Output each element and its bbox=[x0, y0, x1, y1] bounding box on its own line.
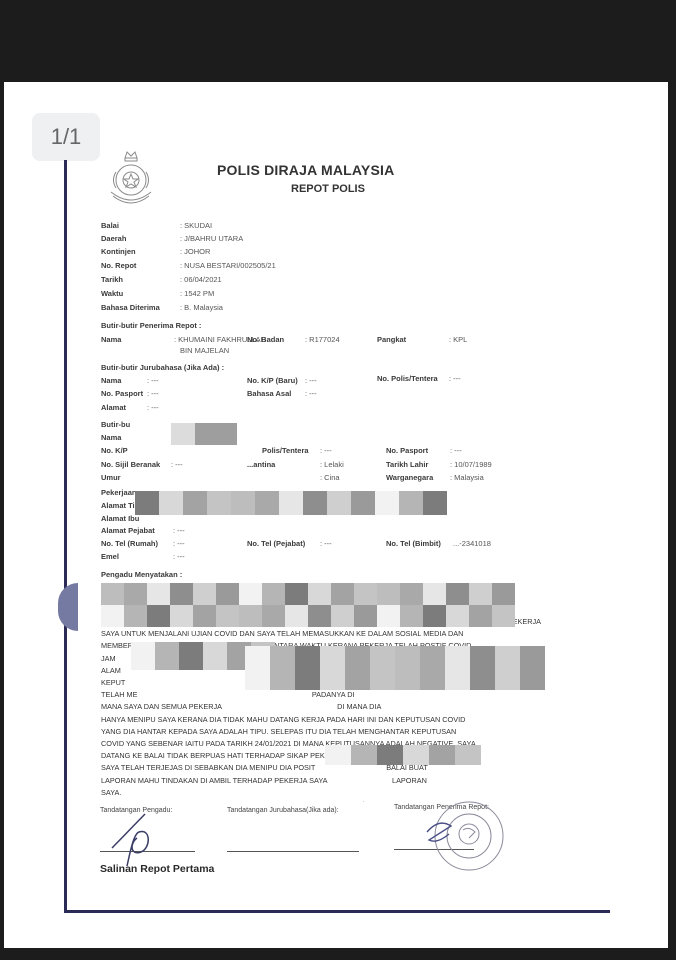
redaction-pixel bbox=[377, 583, 400, 605]
field-value: : J/BAHRU UTARA bbox=[180, 234, 243, 243]
interpreter-passport-value: : --- bbox=[147, 389, 159, 398]
redaction-pixel bbox=[445, 668, 470, 690]
redaction-pixel bbox=[170, 583, 193, 605]
redaction-pixel bbox=[285, 605, 308, 627]
redaction-pixel bbox=[400, 605, 423, 627]
redaction-pixel bbox=[370, 646, 395, 668]
field-label: Kontinjen bbox=[101, 247, 136, 256]
redaction-pixel bbox=[429, 745, 455, 765]
field-label: Balai bbox=[101, 221, 119, 230]
redaction-pixel bbox=[400, 583, 423, 605]
field-label: Tarikh bbox=[101, 275, 123, 284]
complainant-dob-value: : 10/07/1989 bbox=[450, 460, 492, 469]
redaction-pixel bbox=[492, 583, 515, 605]
complainant-passport-value: : --- bbox=[450, 446, 462, 455]
redaction-pixel bbox=[147, 605, 170, 627]
interpreter-police-label: No. Polis/Tentera bbox=[377, 374, 438, 383]
complainant-nationality-label: Warganegara bbox=[386, 473, 433, 482]
document-subtitle: REPOT POLIS bbox=[291, 183, 365, 195]
redaction-pixel bbox=[124, 605, 147, 627]
signature-label-interpreter: Tandatangan Jurubahasa(Jika ada): bbox=[227, 807, 339, 814]
section-heading-receiver: Butir-butir Penerima Repot : bbox=[101, 321, 201, 330]
redaction-pixel bbox=[354, 583, 377, 605]
redaction-pixel bbox=[495, 646, 520, 668]
complainant-birthcert-label: No. Sijil Beranak bbox=[101, 460, 160, 469]
redaction-pixel bbox=[520, 646, 545, 668]
scan-border-bottom bbox=[64, 910, 610, 913]
field-label: Waktu bbox=[101, 289, 123, 298]
top-bar bbox=[0, 0, 676, 82]
redaction-pixel bbox=[308, 605, 331, 627]
redaction-pixel bbox=[423, 605, 446, 627]
complainant-signature-icon bbox=[107, 808, 167, 868]
redaction-pixel bbox=[216, 583, 239, 605]
redaction-pixel bbox=[423, 491, 447, 515]
redaction-pixel bbox=[285, 583, 308, 605]
field-value: : JOHOR bbox=[180, 247, 210, 256]
redaction-pixel bbox=[351, 491, 375, 515]
police-report-document: POLIS DIRAJA MALAYSIA REPOT POLIS Balai … bbox=[67, 130, 612, 910]
receiver-rank-label: Pangkat bbox=[377, 335, 406, 344]
redaction-pixel bbox=[262, 605, 285, 627]
field-value: : 06/04/2021 bbox=[180, 275, 222, 284]
redaction-pixel bbox=[295, 646, 320, 668]
redaction-pixel bbox=[375, 491, 399, 515]
redaction-pixel bbox=[270, 646, 295, 668]
redaction-pixel bbox=[303, 491, 327, 515]
redaction-pixel bbox=[193, 605, 216, 627]
complainant-mobile-tel-value: ...-2341018 bbox=[453, 539, 491, 548]
redaction-pixel bbox=[327, 491, 351, 515]
police-stamp-icon bbox=[419, 798, 509, 874]
redaction-pixel bbox=[101, 605, 124, 627]
complainant-mobile-tel-label: No. Tel (Bimbit) bbox=[386, 539, 441, 548]
complainant-home-tel-value: : --- bbox=[173, 539, 185, 548]
redaction-pixel bbox=[193, 583, 216, 605]
interpreter-police-value: : --- bbox=[449, 374, 461, 383]
redaction-pixel bbox=[216, 605, 239, 627]
redaction-pixel bbox=[262, 583, 285, 605]
redaction-pixel bbox=[495, 668, 520, 690]
receiver-name-value-line2: BIN MAJELAN bbox=[180, 346, 229, 355]
redaction-pixel bbox=[308, 583, 331, 605]
footer-copy-label: Salinan Repot Pertama bbox=[100, 863, 214, 875]
redaction-pixel bbox=[420, 668, 445, 690]
field-label: No. Repot bbox=[101, 261, 136, 270]
field-value: : NUSA BESTARI/002505/21 bbox=[180, 261, 276, 270]
bottom-bar bbox=[0, 948, 676, 960]
complainant-age-label: Umur bbox=[101, 473, 121, 482]
complainant-name-label: Nama bbox=[101, 433, 121, 442]
interpreter-address-label: Alamat bbox=[101, 403, 126, 412]
redaction-pixel bbox=[377, 745, 403, 765]
redaction-pixel bbox=[203, 642, 227, 670]
redaction-pixel bbox=[147, 583, 170, 605]
redaction-pixel bbox=[101, 583, 124, 605]
redaction-pixel bbox=[492, 605, 515, 627]
statement-line: LAPORAN MAHU TINDAKAN DI AMBIL TERHADAP … bbox=[101, 775, 541, 787]
section-heading-complainant: Butir-bu bbox=[101, 420, 130, 429]
redaction-pixel bbox=[239, 583, 262, 605]
interpreter-ic-label: No. K/P (Baru) bbox=[247, 376, 298, 385]
statement-heading: Pengadu Menyatakan : bbox=[101, 570, 182, 579]
field-value: : 1542 PM bbox=[180, 289, 214, 298]
complainant-home-address-label: Alamat Tin bbox=[101, 501, 139, 510]
complainant-office-tel-value: : --- bbox=[320, 539, 332, 548]
document-title: POLIS DIRAJA MALAYSIA bbox=[217, 162, 394, 178]
statement-line: SAYA UNTUK MENJALANI UJIAN COVID DAN SAY… bbox=[101, 628, 541, 640]
complainant-home-tel-label: No. Tel (Rumah) bbox=[101, 539, 158, 548]
redaction-pixel bbox=[470, 668, 495, 690]
field-label: Daerah bbox=[101, 234, 126, 243]
redaction-pixel bbox=[520, 668, 545, 690]
interpreter-language-label: Bahasa Asal bbox=[247, 389, 291, 398]
complainant-parent-address-label: Alamat Ibu bbox=[101, 514, 139, 523]
complainant-police-value: : --- bbox=[320, 446, 332, 455]
statement-line: MANA SAYA DAN SEMUA PEKERJA DI MANA DIA bbox=[101, 701, 541, 713]
receiver-badge-value: : R177024 bbox=[305, 335, 340, 344]
receiver-name-label: Nama bbox=[101, 335, 121, 344]
viewer-edge bbox=[668, 82, 672, 948]
redaction-pixel bbox=[354, 605, 377, 627]
redaction-pixel bbox=[331, 605, 354, 627]
redaction-pixel bbox=[245, 646, 270, 668]
redaction-pixel bbox=[183, 491, 207, 515]
redaction-block bbox=[171, 423, 195, 445]
interpreter-ic-value: : --- bbox=[305, 376, 317, 385]
redaction-pixel bbox=[231, 491, 255, 515]
redaction-pixel bbox=[207, 491, 231, 515]
complainant-passport-label: No. Pasport bbox=[386, 446, 428, 455]
statement-line: TELAH ME PADANYA DI bbox=[101, 689, 541, 701]
redaction-pixel bbox=[320, 668, 345, 690]
redaction-pixel bbox=[295, 668, 320, 690]
receiver-badge-label: No. Badan bbox=[247, 335, 284, 344]
redaction-pixel bbox=[135, 491, 159, 515]
complainant-email-value: : --- bbox=[173, 552, 185, 561]
redaction-pixel bbox=[377, 605, 400, 627]
complainant-police-label: Polis/Tentera bbox=[262, 446, 309, 455]
complainant-gender-value: : Lelaki bbox=[320, 460, 344, 469]
redaction-pixel bbox=[395, 646, 420, 668]
redaction-pixel bbox=[279, 491, 303, 515]
redaction-pixel bbox=[131, 642, 155, 670]
redaction-pixel bbox=[179, 642, 203, 670]
redaction-pixel bbox=[170, 605, 193, 627]
redaction-pixel bbox=[331, 583, 354, 605]
redaction-pixel bbox=[351, 745, 377, 765]
interpreter-language-value: : --- bbox=[305, 389, 317, 398]
complainant-dob-label: Tarikh Lahir bbox=[386, 460, 428, 469]
interpreter-name-label: Nama bbox=[101, 376, 121, 385]
statement-line: YANG DIA HANTAR KEPADA SAYA ADALAH TIPU.… bbox=[101, 726, 541, 738]
redaction-pixel bbox=[320, 646, 345, 668]
complainant-race-value: : Cina bbox=[320, 473, 340, 482]
complainant-ic-label: No. K/P bbox=[101, 446, 128, 455]
complainant-occupation-label: Pekerjaan bbox=[101, 488, 136, 497]
redaction-pixel bbox=[155, 642, 179, 670]
redaction-pixel bbox=[445, 646, 470, 668]
complainant-email-label: Emel bbox=[101, 552, 119, 561]
complainant-office-address-value: : --- bbox=[173, 526, 185, 535]
statement-line: HANYA MENIPU SAYA KERANA DIA TIDAK MAHU … bbox=[101, 714, 541, 726]
redaction-pixel bbox=[270, 668, 295, 690]
complainant-office-address-label: Alamat Pejabat bbox=[101, 526, 155, 535]
redaction-pixel bbox=[403, 745, 429, 765]
complainant-gender-label: ...antina bbox=[247, 460, 275, 469]
redaction-pixel bbox=[469, 605, 492, 627]
redaction-pixel bbox=[469, 583, 492, 605]
field-value: : SKUDAI bbox=[180, 221, 212, 230]
receiver-rank-value: : KPL bbox=[449, 335, 467, 344]
redaction-pixel bbox=[245, 668, 270, 690]
redaction-pixel bbox=[446, 605, 469, 627]
signature-line bbox=[227, 851, 359, 852]
redaction-pixel bbox=[255, 491, 279, 515]
redaction-pixel bbox=[124, 583, 147, 605]
redaction-pixel bbox=[423, 583, 446, 605]
interpreter-name-value: : --- bbox=[147, 376, 159, 385]
redaction-pixel bbox=[345, 668, 370, 690]
redaction-pixel bbox=[370, 668, 395, 690]
redaction-pixel bbox=[239, 605, 262, 627]
interpreter-address-value: : --- bbox=[147, 403, 159, 412]
redaction-pixel bbox=[363, 801, 364, 802]
redaction-pixel bbox=[420, 646, 445, 668]
redaction-pixel bbox=[345, 646, 370, 668]
redaction-pixel bbox=[399, 491, 423, 515]
redaction-pixel bbox=[446, 583, 469, 605]
redaction-pixel bbox=[455, 745, 481, 765]
field-label: Bahasa Diterima bbox=[101, 303, 160, 312]
redaction-pixel bbox=[470, 646, 495, 668]
police-crest-icon bbox=[103, 148, 159, 210]
redaction-block bbox=[195, 423, 237, 445]
field-value: : B. Malaysia bbox=[180, 303, 223, 312]
complainant-nationality-value: : Malaysia bbox=[450, 473, 484, 482]
section-heading-interpreter: Butir-butir Jurubahasa (Jika Ada) : bbox=[101, 363, 224, 372]
interpreter-passport-label: No. Pasport bbox=[101, 389, 143, 398]
complainant-birthcert-value: : --- bbox=[171, 460, 183, 469]
complainant-office-tel-label: No. Tel (Pejabat) bbox=[247, 539, 305, 548]
redaction-pixel bbox=[395, 668, 420, 690]
redaction-pixel bbox=[325, 745, 351, 765]
redaction-pixel bbox=[159, 491, 183, 515]
